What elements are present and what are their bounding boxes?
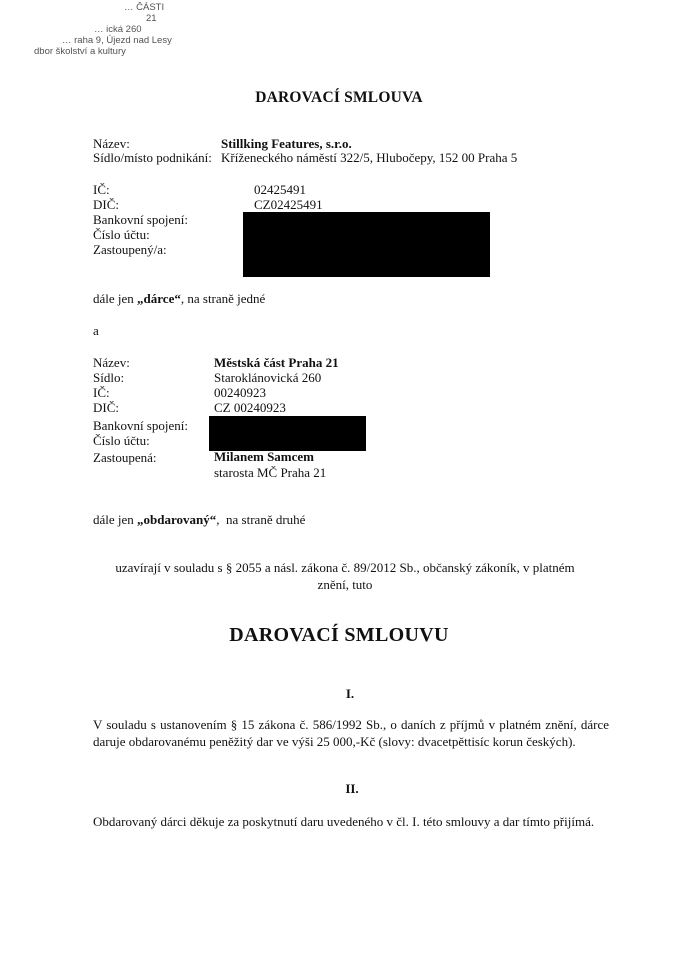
stamp-line-1: … ČÁSTI [34,2,172,13]
donor-role-line: dále jen „dárce“, na straně jedné [93,292,265,307]
recipient-name-label: Název: [93,356,130,371]
recipient-represented-role: starosta MČ Praha 21 [214,466,326,481]
recipient-role-suffix: , na straně druhé [216,512,305,527]
recipient-ic-label: IČ: [93,386,110,401]
donor-redaction-box [243,212,490,277]
contract-heading: DAROVACÍ SMLOUVU [0,624,678,647]
section-1-number: I. [0,686,678,702]
recipient-ic-value: 00240923 [214,386,266,401]
recipient-role-prefix: dále jen [93,512,137,527]
recipient-seat-label: Sídlo: [93,371,124,386]
intro-paragraph: uzavírají v souladu s § 2055 a násl. zák… [108,559,582,593]
recipient-account-label: Číslo účtu: [93,434,150,449]
recipient-redaction-box [209,416,366,451]
recipient-represented-value: Milanem Samcem [214,450,314,465]
donor-role-suffix: , na straně jedné [181,291,265,306]
recipient-dic-label: DIČ: [93,401,119,416]
donor-dic-value: CZ02425491 [254,198,323,213]
document-title: DAROVACÍ SMLOUVA [0,89,678,107]
donor-dic-label: DIČ: [93,198,119,213]
recipient-dic-value: CZ 00240923 [214,401,286,416]
section-2-number: II. [0,781,678,797]
stamp-line-2: 21 [34,13,172,24]
donor-ic-label: IČ: [93,183,110,198]
stamp-line-3: … ická 260 [34,24,172,35]
section-1-text: V souladu s ustanovením § 15 zákona č. 5… [93,716,609,750]
recipient-bank-label: Bankovní spojení: [93,419,188,434]
donor-seat-value: Kříženeckého náměstí 322/5, Hlubočepy, 1… [221,151,517,166]
recipient-name-value: Městská část Praha 21 [214,356,339,371]
recipient-role-line: dále jen „obdarovaný“, na straně druhé [93,513,305,528]
donor-account-label: Číslo účtu: [93,228,150,243]
stamp-line-5: dbor školství a kultury [34,46,172,57]
recipient-represented-label: Zastoupená: [93,451,157,466]
recipient-seat-value: Staroklánovická 260 [214,371,321,386]
office-stamp: … ČÁSTI 21 … ická 260 … raha 9, Újezd na… [34,2,172,57]
recipient-role-quote: „obdarovaný“ [137,512,216,527]
donor-represented-label: Zastoupený/a: [93,243,167,258]
stamp-line-4: … raha 9, Újezd nad Lesy [34,35,172,46]
and-text: a [93,324,99,339]
donor-role-quote: „dárce“ [137,291,181,306]
section-2-text: Obdarovaný dárci děkuje za poskytnutí da… [93,813,609,830]
donor-bank-label: Bankovní spojení: [93,213,188,228]
donor-seat-label: Sídlo/místo podnikání: [93,151,212,166]
donor-role-prefix: dále jen [93,291,137,306]
donor-ic-value: 02425491 [254,183,306,198]
